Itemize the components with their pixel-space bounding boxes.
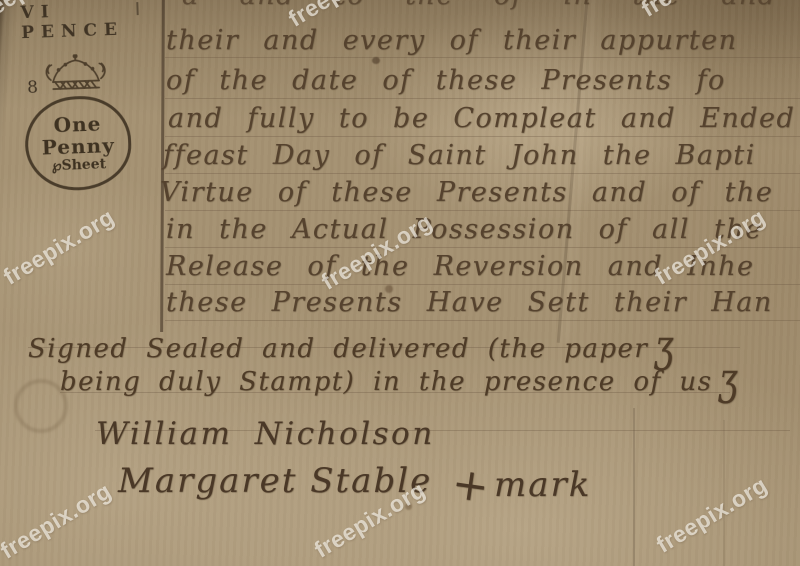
attestation-line: Signed Sealed and delivered (the paperʒ <box>28 329 675 366</box>
manuscript-line: these Presents Have Sett their Han <box>166 286 773 320</box>
attestation-text: Signed Sealed and delivered (the paper <box>28 334 648 364</box>
handwritten-text-block: a and to the of in the and of their and … <box>0 0 800 566</box>
manuscript-line: and fully to be Compleat and Ended <box>168 102 795 136</box>
pen-flourish: ʒ <box>719 357 740 401</box>
signature-mark-label: mark <box>494 465 591 505</box>
manuscript-line: in the Actual Possession of all the <box>166 213 763 247</box>
attestation-line: being duly Stampt) in the presence of us… <box>60 362 739 399</box>
manuscript-photo: VI PENCE 8 One Penny ℘Sheet <box>0 0 800 566</box>
manuscript-line: ffeast Day of Saint John the Bapti <box>163 139 756 173</box>
signature-cross-mark: + <box>449 458 493 514</box>
signature-william-nicholson: William Nicholson <box>96 416 435 452</box>
attestation-text: being duly Stampt) in the presence of us <box>60 367 713 397</box>
clipped-top-line: a and to the of in the and of <box>182 0 800 13</box>
manuscript-line: of the date of these Presents fo <box>166 64 726 98</box>
manuscript-line: Virtue of these Presents and of the <box>160 176 773 210</box>
manuscript-line: their and every of their appurten <box>166 24 738 58</box>
